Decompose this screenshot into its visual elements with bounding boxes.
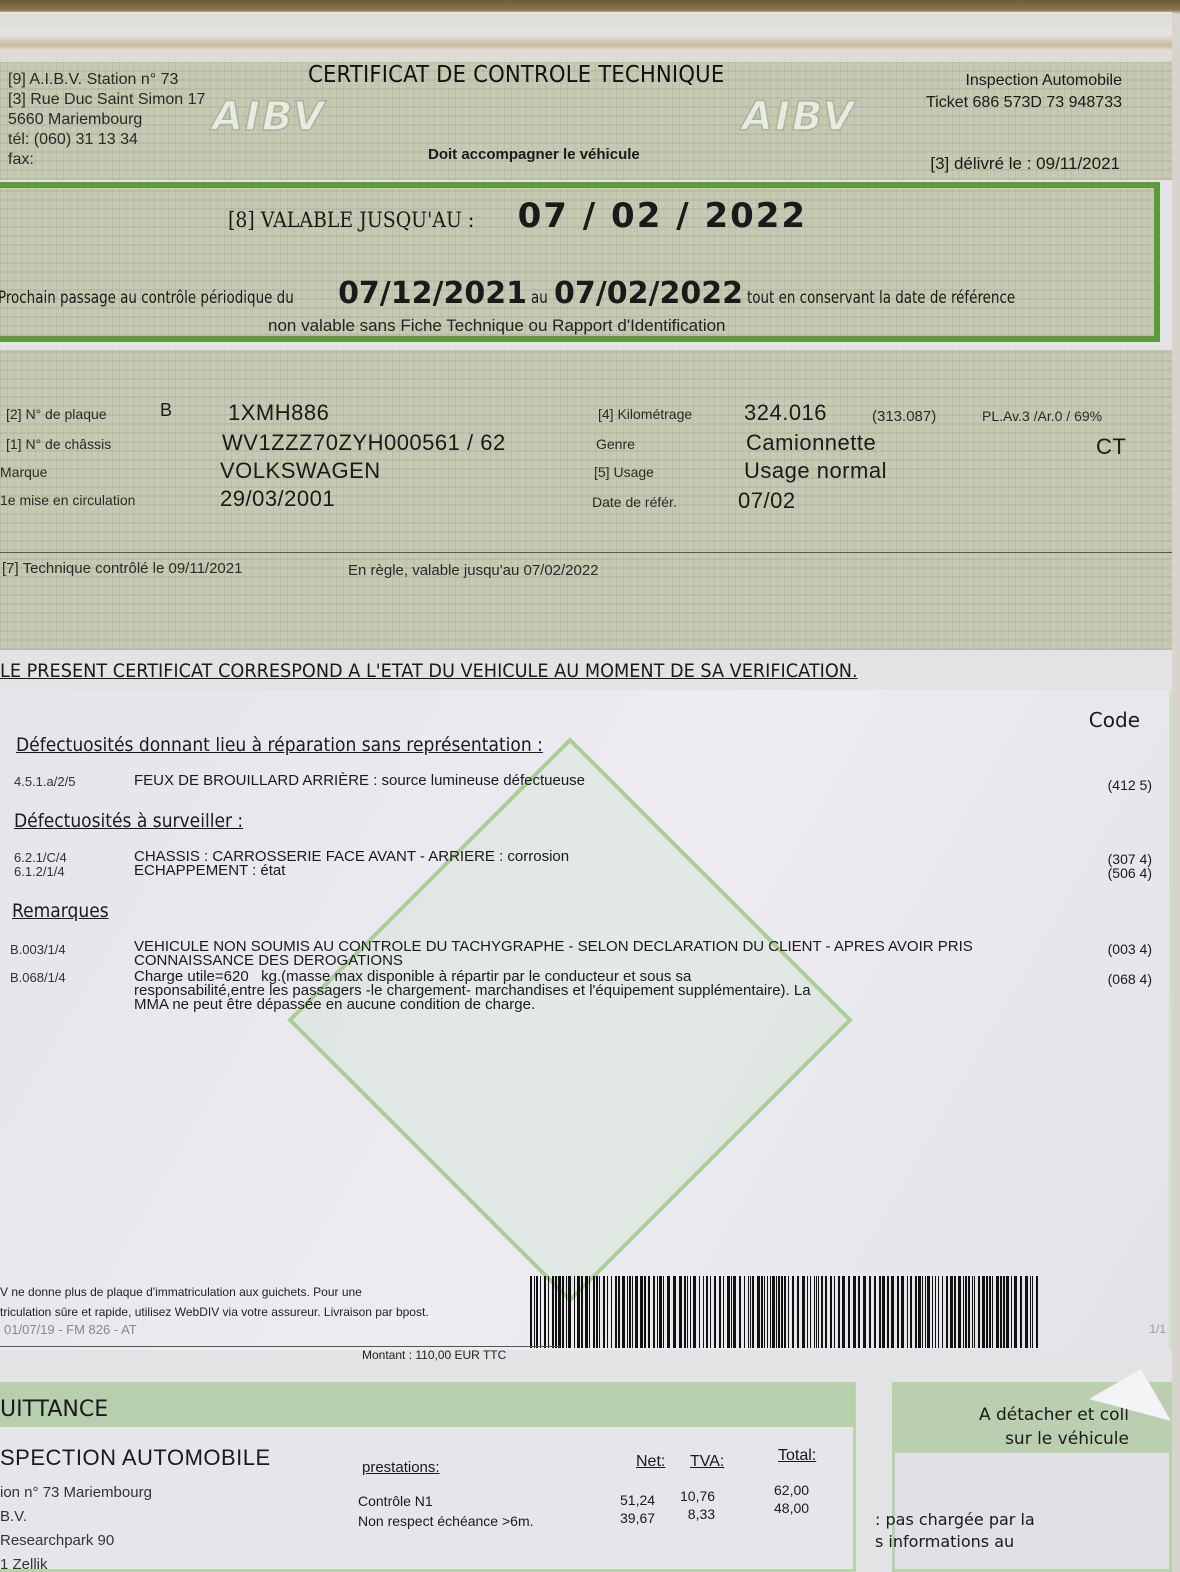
barcode-bar bbox=[858, 1276, 860, 1348]
net-value: 51,24 bbox=[620, 1491, 655, 1509]
barcode-bar bbox=[1020, 1276, 1022, 1348]
barcode-bar bbox=[974, 1276, 975, 1348]
barcode-bar bbox=[540, 1276, 541, 1348]
next-inspection-from: 07/12/2021 bbox=[338, 276, 527, 311]
barcode-bar bbox=[752, 1276, 754, 1348]
barcode-bar bbox=[932, 1276, 933, 1348]
barcode-bar bbox=[1011, 1276, 1012, 1348]
barcode-bar bbox=[581, 1276, 583, 1348]
receipt-station-line: 1 Zellik bbox=[0, 1553, 152, 1572]
barcode-bar bbox=[982, 1276, 985, 1348]
barcode-bar bbox=[548, 1276, 549, 1348]
defect-code: (307 4) bbox=[1108, 852, 1152, 866]
barcode-bar bbox=[757, 1276, 760, 1348]
station-phone: tél: (060) 31 13 34 bbox=[8, 130, 205, 150]
barcode-bar bbox=[530, 1276, 532, 1348]
station-line: [9] A.I.B.V. Station n° 73 bbox=[8, 70, 205, 90]
net-header: Net: bbox=[636, 1453, 665, 1471]
next-inspection-line: Prochain passage au contrôle périodique … bbox=[0, 276, 1052, 311]
barcode-bar bbox=[744, 1276, 745, 1348]
barcode-bar bbox=[963, 1276, 964, 1348]
net-column: 51,24 39,67 bbox=[620, 1491, 655, 1527]
barcode-bar bbox=[684, 1276, 686, 1348]
barcode-bar bbox=[788, 1276, 789, 1348]
receipt-station-line: Researchpark 90 bbox=[0, 1529, 152, 1553]
divider bbox=[0, 1346, 560, 1347]
barcode-bar bbox=[690, 1276, 691, 1348]
barcode-bar bbox=[1003, 1276, 1005, 1348]
divider bbox=[0, 552, 1172, 553]
receipt-subtitle: SPECTION AUTOMOBILE bbox=[0, 1445, 271, 1471]
barcode-bar bbox=[731, 1276, 732, 1348]
barcode-bar bbox=[706, 1276, 708, 1348]
barcode-bar bbox=[558, 1276, 561, 1348]
receipt-station: ion n° 73 Mariembourg B.V. Researchpark … bbox=[0, 1481, 152, 1572]
delivered-date: [3] délivré le : 09/11/2021 bbox=[930, 154, 1120, 174]
barcode-bar bbox=[776, 1276, 777, 1348]
barcode-bar bbox=[748, 1276, 749, 1348]
receipt-station-line: B.V. bbox=[0, 1505, 152, 1529]
barcode-bar bbox=[830, 1276, 832, 1348]
barcode-bar bbox=[618, 1276, 620, 1348]
first-registration-date: 29/03/2001 bbox=[220, 486, 335, 512]
barcode-bar bbox=[863, 1276, 866, 1348]
barcode-bar bbox=[1036, 1276, 1038, 1348]
vehicle-details: [2] N° de plaque B 1XMH886 [1] N° de châ… bbox=[0, 350, 1172, 650]
barcode-bar bbox=[848, 1276, 850, 1348]
barcode-bar bbox=[879, 1276, 881, 1348]
barcode-bar bbox=[611, 1276, 612, 1348]
barcode-bar bbox=[887, 1276, 889, 1348]
valid-until-line: [8] VALABLE JUSQU'AU : 07 / 02 / 2022 bbox=[228, 196, 807, 236]
ct-marker: CT bbox=[1096, 434, 1126, 460]
defect-ref: 4.5.1.a/2/5 bbox=[14, 774, 75, 789]
usage-value: Usage normal bbox=[744, 458, 887, 484]
barcode-bar bbox=[778, 1276, 780, 1348]
remark-text: Charge utile=620 kg.(masse max disponibl… bbox=[134, 970, 811, 1012]
barcode-bar bbox=[673, 1276, 676, 1348]
barcode-bar bbox=[842, 1276, 845, 1348]
certificate-title: CERTIFICAT DE CONTROLE TECHNIQUE bbox=[308, 62, 724, 88]
reference-date: 07/02 bbox=[738, 488, 796, 514]
next-inspection-to: 07/02/2022 bbox=[554, 276, 743, 311]
chassis-label: [1] N° de châssis bbox=[6, 436, 111, 452]
barcode-bar bbox=[733, 1276, 736, 1348]
barcode-bar bbox=[644, 1276, 646, 1348]
defect-ref: 6.2.1/C/4 bbox=[14, 850, 67, 865]
barcode-bar bbox=[882, 1276, 885, 1348]
inspection-label: Inspection Automobile bbox=[926, 70, 1122, 92]
barcode-bar bbox=[635, 1276, 638, 1348]
plate-number: 1XMH886 bbox=[228, 400, 329, 426]
mileage-value: 324.016 bbox=[744, 400, 827, 426]
services-list: Contrôle N1 Non respect échéance >6m. bbox=[358, 1491, 534, 1531]
barcode-bar bbox=[622, 1276, 625, 1348]
barcode-bar bbox=[1000, 1276, 1002, 1348]
barcode-bar bbox=[767, 1276, 768, 1348]
not-valid-note: non valable sans Fiche Technique ou Rapp… bbox=[268, 316, 726, 336]
genre-label: Genre bbox=[596, 436, 635, 452]
barcode-bar bbox=[687, 1276, 688, 1348]
total-column: 62,00 48,00 bbox=[774, 1481, 809, 1517]
usage-label: [5] Usage bbox=[594, 464, 654, 480]
barcode-bar bbox=[925, 1276, 926, 1348]
next-inspection-prefix: Prochain passage au contrôle périodique … bbox=[0, 288, 294, 308]
barcode-bar bbox=[607, 1276, 608, 1348]
barcode-bar bbox=[910, 1276, 912, 1348]
defect-ref: 6.1.2/1/4 bbox=[14, 864, 65, 879]
barcode-bar bbox=[761, 1276, 763, 1348]
barcode-bar bbox=[770, 1276, 771, 1348]
total-header: Total: bbox=[778, 1447, 816, 1465]
mileage-previous: (313.087) bbox=[872, 408, 936, 425]
barcode-bar bbox=[710, 1276, 711, 1348]
chassis-number: WV1ZZZ70ZYH000561 / 62 bbox=[222, 430, 506, 456]
receipt-title: UITTANCE bbox=[0, 1397, 108, 1422]
genre-value: Camionnette bbox=[746, 430, 876, 456]
barcode-bar bbox=[992, 1276, 993, 1348]
first-registration-label: 1e mise en circulation bbox=[0, 492, 135, 508]
remark-ref: B.003/1/4 bbox=[10, 942, 66, 957]
defect-text: FEUX DE BROUILLARD ARRIÈRE : source lumi… bbox=[134, 774, 585, 788]
barcode-bar bbox=[807, 1276, 808, 1348]
barcode-bar bbox=[954, 1276, 956, 1348]
vat-value: 8,33 bbox=[680, 1505, 715, 1523]
barcode-bar bbox=[958, 1276, 961, 1348]
barcode-bar bbox=[568, 1276, 571, 1348]
barcode-bar bbox=[536, 1276, 538, 1348]
barcode-bar bbox=[640, 1276, 643, 1348]
valid-until-date: 07 / 02 / 2022 bbox=[518, 196, 807, 236]
barcode-bar bbox=[574, 1276, 575, 1348]
barcode-bar bbox=[534, 1276, 535, 1348]
inspection-info: Inspection Automobile Ticket 686 573D 73… bbox=[926, 70, 1122, 114]
sticker-text-line: s informations au bbox=[875, 1531, 1035, 1553]
barcode-bar bbox=[1032, 1276, 1033, 1348]
axle-info: PL.Av.3 /Ar.0 / 69% bbox=[982, 408, 1102, 424]
valid-until-label: [8] VALABLE JUSQU'AU : bbox=[228, 208, 474, 232]
barcode-bar bbox=[727, 1276, 730, 1348]
receipt-station-line: ion n° 73 Mariembourg bbox=[0, 1481, 152, 1505]
barcode-bar bbox=[603, 1276, 605, 1348]
sticker-text: : pas chargée par la s informations au bbox=[875, 1509, 1035, 1553]
aibv-logo: AIBV bbox=[212, 94, 326, 140]
barcode-bar bbox=[629, 1276, 631, 1348]
barcode-bar bbox=[986, 1276, 988, 1348]
barcode-bar bbox=[907, 1276, 908, 1348]
aibv-logo: AIBV bbox=[742, 94, 856, 140]
vehicle-make: VOLKSWAGEN bbox=[220, 458, 381, 484]
barcode-bar bbox=[996, 1276, 999, 1348]
sticker-text-line: : pas chargée par la bbox=[875, 1509, 1035, 1531]
barcode-bar bbox=[935, 1276, 936, 1348]
barcode-bar bbox=[764, 1276, 765, 1348]
barcode-bar bbox=[719, 1276, 721, 1348]
plate-label: [2] N° de plaque bbox=[6, 406, 107, 422]
webdiv-note-line: V ne donne plus de plaque d'immatriculat… bbox=[0, 1282, 429, 1302]
ticket-number: Ticket 686 573D 73 948733 bbox=[926, 92, 1122, 114]
barcode-bar bbox=[927, 1276, 930, 1348]
total-value: 62,00 bbox=[774, 1481, 809, 1499]
barcode-bar bbox=[797, 1276, 799, 1348]
barcode-bar bbox=[901, 1276, 904, 1348]
mileage-label: [4] Kilométrage bbox=[598, 406, 692, 422]
monitor-defects-title: Défectuosités à surveiller : bbox=[14, 810, 243, 832]
barcode-bar bbox=[615, 1276, 617, 1348]
remark-code: (068 4) bbox=[1108, 972, 1152, 986]
barcode-bar bbox=[663, 1276, 664, 1348]
barcode-bar bbox=[989, 1276, 991, 1348]
barcode-bar bbox=[821, 1276, 823, 1348]
barcode-bar bbox=[802, 1276, 805, 1348]
barcode-bar bbox=[818, 1276, 819, 1348]
barcode-bar bbox=[950, 1276, 953, 1348]
barcode-bar bbox=[653, 1276, 655, 1348]
barcode-bar bbox=[784, 1276, 786, 1348]
remark-ref: B.068/1/4 bbox=[10, 970, 66, 985]
barcode-bar bbox=[810, 1276, 811, 1348]
barcode-bar bbox=[772, 1276, 775, 1348]
barcode-bar bbox=[714, 1276, 716, 1348]
barcode-bar bbox=[816, 1276, 817, 1348]
page-number: 1/1 bbox=[1149, 1322, 1166, 1336]
barcode-bar bbox=[632, 1276, 633, 1348]
defect-text: ECHAPPEMENT : état bbox=[134, 864, 285, 878]
barcode-bar bbox=[814, 1276, 815, 1348]
barcode-bar bbox=[703, 1276, 704, 1348]
barcode-bar bbox=[679, 1276, 682, 1348]
barcode-bar bbox=[739, 1276, 741, 1348]
webdiv-note-line: triculation sûre et rapide, utilisez Web… bbox=[0, 1302, 429, 1322]
defect-code: (412 5) bbox=[1108, 778, 1152, 792]
station-fax: fax: bbox=[8, 150, 205, 170]
total-value: 48,00 bbox=[774, 1499, 809, 1517]
barcode-bar bbox=[922, 1276, 923, 1348]
barcode-bar bbox=[596, 1276, 598, 1348]
barcode bbox=[530, 1276, 1050, 1348]
code-column-header: Code bbox=[1089, 708, 1140, 732]
plate-country: B bbox=[160, 400, 172, 421]
net-value: 39,67 bbox=[620, 1509, 655, 1527]
barcode-bar bbox=[562, 1276, 564, 1348]
station-line: 5660 Mariembourg bbox=[8, 110, 205, 130]
reference-date-label: Date de référ. bbox=[592, 494, 677, 510]
barcode-bar bbox=[648, 1276, 650, 1348]
barcode-bar bbox=[825, 1276, 827, 1348]
station-address: [9] A.I.B.V. Station n° 73 [3] Rue Duc S… bbox=[8, 70, 205, 170]
barcode-bar bbox=[699, 1276, 700, 1348]
barcode-bar bbox=[874, 1276, 876, 1348]
validity-box: [8] VALABLE JUSQU'AU : 07 / 02 / 2022 Pr… bbox=[0, 182, 1160, 342]
barcode-bar bbox=[853, 1276, 856, 1348]
barcode-bar bbox=[1014, 1276, 1017, 1348]
barcode-bar bbox=[585, 1276, 588, 1348]
barcode-bar bbox=[965, 1276, 967, 1348]
service-name: Non respect échéance >6m. bbox=[358, 1511, 534, 1531]
barcode-bar bbox=[552, 1276, 554, 1348]
receipt: UITTANCE SPECTION AUTOMOBILE ion n° 73 M… bbox=[0, 1382, 856, 1572]
barcode-bar bbox=[918, 1276, 921, 1348]
barcode-bar bbox=[792, 1276, 794, 1348]
technical-check-date: [7] Technique contrôlé le 09/11/2021 bbox=[2, 560, 242, 577]
barcode-bar bbox=[915, 1276, 917, 1348]
webdiv-note: V ne donne plus de plaque d'immatriculat… bbox=[0, 1282, 429, 1322]
repair-defects-title: Défectuosités donnant lieu à réparation … bbox=[16, 734, 543, 756]
barcode-bar bbox=[968, 1276, 970, 1348]
barcode-bar bbox=[593, 1276, 595, 1348]
amount-total: Montant : 110,00 EUR TTC bbox=[362, 1348, 506, 1362]
barcode-bar bbox=[838, 1276, 840, 1348]
in-order-note: En règle, valable jusqu'au 07/02/2022 bbox=[348, 562, 599, 579]
barcode-bar bbox=[972, 1276, 973, 1348]
barcode-bar bbox=[659, 1276, 662, 1348]
vat-value: 10,76 bbox=[680, 1487, 715, 1505]
barcode-bar bbox=[555, 1276, 557, 1348]
barcode-bar bbox=[693, 1276, 696, 1348]
folded-paper-edge bbox=[0, 14, 1172, 66]
barcode-bar bbox=[1006, 1276, 1009, 1348]
certificate-header: [9] A.I.B.V. Station n° 73 [3] Rue Duc S… bbox=[0, 62, 1172, 180]
next-inspection-between: au bbox=[531, 288, 548, 308]
barcode-bar bbox=[1025, 1276, 1028, 1348]
certificate-statement: LE PRESENT CERTIFICAT CORRESPOND A L'ETA… bbox=[0, 660, 858, 682]
barcode-bar bbox=[1030, 1276, 1031, 1348]
receipt-band bbox=[0, 1385, 853, 1427]
barcode-bar bbox=[627, 1276, 628, 1348]
barcode-bar bbox=[657, 1276, 658, 1348]
barcode-bar bbox=[667, 1276, 670, 1348]
remark-text: VEHICULE NON SOUMIS AU CONTROLE DU TACHY… bbox=[134, 940, 973, 968]
services-header: prestations: bbox=[362, 1459, 440, 1476]
form-reference: 01/07/19 - FM 826 - AT bbox=[4, 1322, 137, 1337]
barcode-bar bbox=[946, 1276, 948, 1348]
make-label: Marque bbox=[0, 464, 47, 480]
vat-header: TVA: bbox=[690, 1453, 724, 1471]
barcode-bar bbox=[577, 1276, 580, 1348]
barcode-bar bbox=[566, 1276, 567, 1348]
remarks-title: Remarques bbox=[12, 900, 109, 922]
barcode-bar bbox=[897, 1276, 899, 1348]
station-line: [3] Rue Duc Saint Simon 17 bbox=[8, 90, 205, 110]
barcode-bar bbox=[750, 1276, 751, 1348]
next-inspection-suffix: tout en conservant la date de référence bbox=[747, 288, 1015, 308]
defect-code: (506 4) bbox=[1108, 866, 1152, 880]
remark-code: (003 4) bbox=[1108, 942, 1152, 956]
barcode-bar bbox=[723, 1276, 724, 1348]
barcode-bar bbox=[599, 1276, 600, 1348]
barcode-bar bbox=[834, 1276, 835, 1348]
must-accompany-note: Doit accompagner le véhicule bbox=[428, 146, 640, 163]
barcode-bar bbox=[544, 1276, 546, 1348]
service-name: Contrôle N1 bbox=[358, 1491, 534, 1511]
barcode-bar bbox=[938, 1276, 939, 1348]
barcode-bar bbox=[589, 1276, 590, 1348]
barcode-bar bbox=[781, 1276, 783, 1348]
barcode-bar bbox=[942, 1276, 943, 1348]
barcode-bar bbox=[978, 1276, 980, 1348]
vat-column: 10,76 8,33 bbox=[680, 1487, 715, 1523]
barcode-bar bbox=[869, 1276, 871, 1348]
barcode-bar bbox=[891, 1276, 894, 1348]
